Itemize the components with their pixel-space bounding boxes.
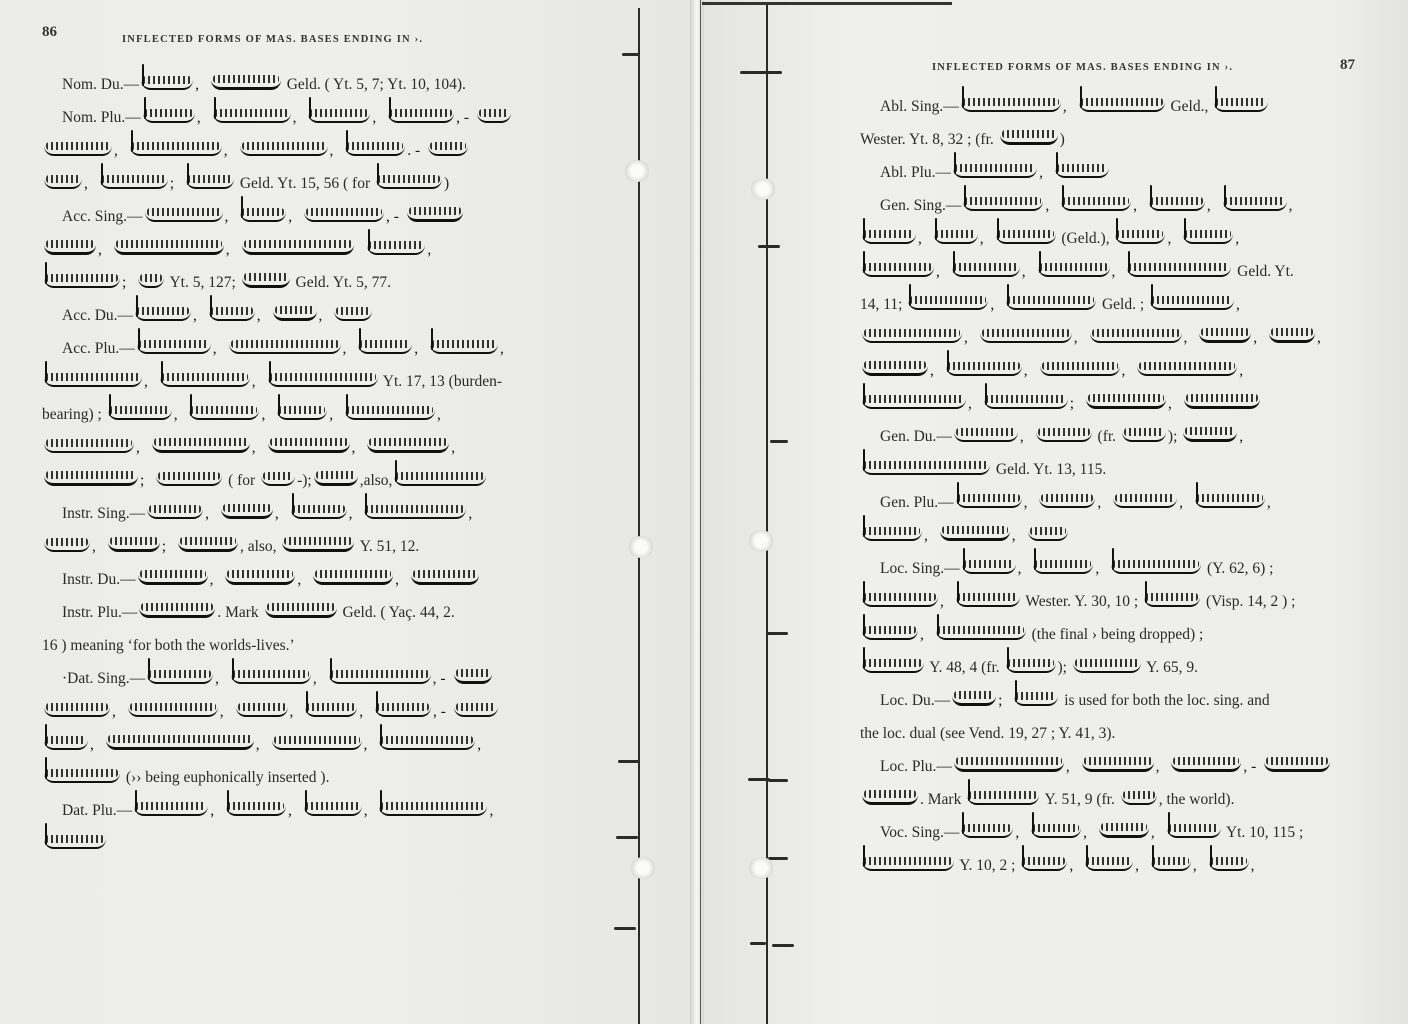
reference-text: ): [1060, 131, 1065, 148]
avestan-word: [209, 305, 255, 321]
binding-stitch: [766, 632, 788, 635]
avestan-word: [1033, 558, 1093, 574]
avestan-word: [268, 436, 350, 453]
text-line: , ; ,: [860, 387, 1380, 420]
avestan-word: [137, 338, 211, 354]
punctuation: ;: [170, 175, 178, 192]
reference-text: (Geld.),: [1058, 230, 1114, 247]
punctuation: ,: [1012, 527, 1020, 544]
reference-text: Geld. Yt. 5, 77.: [292, 274, 391, 291]
punctuation: ,: [1167, 230, 1175, 247]
reference-text: . Mark: [920, 791, 965, 808]
avestan-word: [44, 734, 88, 750]
punctuation: ,: [1317, 329, 1321, 346]
punctuation: ,: [210, 802, 218, 819]
punctuation: ,: [940, 593, 948, 610]
case-label: Acc. Sing.—: [62, 208, 143, 225]
avestan-word: [1149, 195, 1205, 211]
avestan-word: [156, 470, 222, 486]
reference-text: Yt. 5, 127;: [166, 274, 239, 291]
binding-knot: [624, 160, 650, 182]
punctuation: ,: [1020, 428, 1028, 445]
text-line: Y. 48, 4 (fr. ); Y. 65, 9.: [860, 651, 1380, 684]
avestan-word: [213, 107, 291, 123]
avestan-word: [44, 469, 138, 486]
text-line: 14, 11; , Geld. ; ,: [860, 288, 1380, 321]
avestan-word: [967, 789, 1039, 805]
reference-text: , also,: [240, 538, 280, 555]
reference-text: (Y. 62, 6) ;: [1203, 560, 1273, 577]
text-line: , , Yt. 17, 13 (burden-: [42, 365, 552, 398]
running-head: INFLECTED FORMS OF MAS. BASES ENDING IN …: [122, 34, 423, 45]
avestan-word: [242, 271, 290, 288]
page-body: Abl. Sing.—, Geld., Wester. Yt. 8, 32 ; …: [860, 90, 1380, 882]
text-line: Loc. Plu.—, , , -: [860, 750, 1380, 783]
punctuation: ,: [924, 527, 932, 544]
avestan-word: [1199, 326, 1251, 343]
avestan-word: [211, 73, 281, 90]
avestan-word: [240, 206, 286, 222]
avestan-word: [1183, 425, 1237, 442]
avestan-word: [908, 294, 988, 310]
text-line: Acc. Du.—, , ,: [42, 299, 552, 332]
punctuation: , -: [386, 208, 399, 225]
case-label: Voc. Sing.—: [880, 824, 959, 841]
reference-text: (fr.: [1094, 428, 1120, 445]
reference-text: Geld.,: [1167, 98, 1213, 115]
left-page: 86 INFLECTED FORMS OF MAS. BASES ENDING …: [0, 0, 690, 1024]
case-label: Instr. Sing.—: [62, 505, 145, 522]
case-label: Instr. Plu.—: [62, 604, 137, 621]
right-page: INFLECTED FORMS OF MAS. BASES ENDING IN …: [704, 0, 1408, 1024]
avestan-word: [454, 701, 498, 717]
avestan-word: [862, 525, 922, 541]
punctuation: ,: [290, 703, 298, 720]
avestan-word: [240, 140, 328, 156]
avestan-word: [379, 734, 475, 750]
avestan-word: [152, 436, 250, 453]
text-line: , , ,: [42, 233, 552, 266]
case-label: Gen. Plu.—: [880, 494, 954, 511]
punctuation: ,: [1135, 857, 1143, 874]
reference-text: 16 ) meaning ‘for both the worlds-lives.…: [42, 637, 295, 654]
punctuation: ,: [1193, 857, 1201, 874]
punctuation: ,: [112, 703, 120, 720]
avestan-word: [100, 173, 168, 189]
text-line: Loc. Du.—; is used for both the loc. sin…: [860, 684, 1380, 717]
page-number: 87: [1340, 57, 1355, 74]
text-line: ; Yt. 5, 127; Geld. Yt. 5, 77.: [42, 266, 552, 299]
case-label: Dat. Plu.—: [62, 802, 132, 819]
avestan-word: [313, 568, 393, 585]
reference-text: 14, 11;: [860, 296, 906, 313]
avestan-word: [44, 371, 142, 387]
punctuation: ,: [1083, 824, 1091, 841]
avestan-word: [375, 701, 431, 717]
punctuation: ,: [1184, 329, 1192, 346]
avestan-word: [411, 568, 479, 585]
avestan-word: [134, 800, 208, 816]
avestan-word: [1151, 855, 1191, 871]
reference-text: Geld. Yt.: [1233, 263, 1294, 280]
avestan-word: [961, 822, 1013, 838]
avestan-word: [1000, 128, 1058, 145]
text-line: Abl. Sing.—, Geld.,: [860, 90, 1380, 123]
case-label: Loc. Plu.—: [880, 758, 952, 775]
text-line: Loc. Sing.—, , (Y. 62, 6) ;: [860, 552, 1380, 585]
avestan-word: [231, 668, 311, 684]
punctuation: ,: [1022, 263, 1030, 280]
binding-stitch: [750, 942, 766, 945]
avestan-word: [1085, 855, 1133, 871]
avestan-word: [135, 305, 191, 321]
avestan-word: [862, 228, 916, 244]
avestan-word: [379, 800, 487, 816]
page-number: 86: [42, 24, 57, 41]
binding-stitch: [772, 944, 794, 947]
avestan-word: [314, 469, 358, 486]
punctuation: ,: [136, 439, 144, 456]
avestan-word: [1167, 822, 1221, 838]
punctuation: , -: [456, 109, 469, 126]
punctuation: ,: [1015, 824, 1023, 841]
binding-stitch: [616, 836, 638, 839]
avestan-word: [141, 74, 193, 90]
avestan-word: [277, 404, 327, 420]
punctuation: ,: [1267, 494, 1271, 511]
case-label: Loc. Du.—: [880, 692, 950, 709]
avestan-word: [934, 228, 978, 244]
case-label: Abl. Sing.—: [880, 98, 959, 115]
avestan-word: [862, 261, 934, 277]
punctuation: ;: [998, 692, 1006, 709]
punctuation: ,: [1207, 197, 1215, 214]
reference-text: (›› being euphonically inserted ).: [122, 769, 329, 786]
case-label: ·Dat. Sing.—: [62, 670, 145, 687]
avestan-word: [108, 535, 160, 552]
punctuation: ,: [414, 340, 422, 357]
text-line: , , , , , -: [42, 695, 552, 728]
avestan-word: [454, 667, 492, 684]
text-line: , , , ,: [42, 431, 552, 464]
punctuation: ,: [220, 703, 228, 720]
reference-text: the loc. dual (see Vend. 19, 27 ; Y. 41,…: [860, 725, 1115, 742]
reference-text: Geld. Yt. 13, 115.: [992, 461, 1106, 478]
avestan-word: [1021, 855, 1067, 871]
text-line: Voc. Sing.—, , , Yt. 10, 115 ;: [860, 816, 1380, 849]
punctuation: ,: [174, 406, 182, 423]
text-line: 16 ) meaning ‘for both the worlds-lives.…: [42, 629, 552, 662]
text-line: Nom. Du.—, Geld. ( Yt. 5, 7; Yt. 10, 104…: [42, 68, 552, 101]
text-line: Instr. Du.—, , ,: [42, 563, 552, 596]
avestan-word: [1073, 657, 1141, 673]
punctuation: ,: [224, 142, 232, 159]
punctuation: ,: [1112, 263, 1120, 280]
punctuation: [356, 241, 360, 258]
avestan-word: [367, 239, 425, 255]
reference-text: Y. 65, 9.: [1143, 659, 1198, 676]
punctuation: ,: [477, 736, 481, 753]
avestan-word: [44, 272, 120, 288]
text-line: ·Dat. Sing.—, , , -: [42, 662, 552, 695]
avestan-word: [1171, 755, 1241, 772]
avestan-word: [940, 524, 1010, 541]
punctuation: ,: [1045, 197, 1053, 214]
reference-text: (Visp. 14, 2 ) ;: [1202, 593, 1295, 610]
punctuation: ,: [1024, 362, 1032, 379]
binding-stitch: [748, 778, 770, 781]
punctuation: ,: [427, 241, 431, 258]
case-label: Acc. Plu.—: [62, 340, 135, 357]
text-line: Acc. Sing.—, , , -: [42, 200, 552, 233]
binding-stitch: [770, 440, 788, 443]
punctuation: ,: [92, 538, 100, 555]
binding-stitch: [618, 760, 640, 763]
text-line: , ,: [860, 519, 1380, 552]
punctuation: ,: [1066, 758, 1074, 775]
avestan-word: [1264, 755, 1330, 772]
avestan-word: [44, 767, 120, 783]
avestan-word: [1144, 591, 1200, 607]
punctuation: ,: [936, 263, 944, 280]
avestan-word: [862, 855, 954, 871]
punctuation: ,: [297, 571, 305, 588]
punctuation: ,: [288, 208, 296, 225]
punctuation: ,: [329, 406, 337, 423]
case-label: Gen. Du.—: [880, 428, 952, 445]
punctuation: ,: [364, 736, 372, 753]
avestan-word: [160, 371, 250, 387]
avestan-word: [145, 206, 223, 222]
reference-text: is used for both the loc. sing. and: [1060, 692, 1269, 709]
avestan-word: [236, 701, 288, 717]
avestan-word: [1150, 294, 1234, 310]
avestan-word: [862, 788, 918, 805]
text-line: , (the final › being dropped) ;: [860, 618, 1380, 651]
avestan-word: [1039, 492, 1095, 508]
reference-text: Geld. Yt. 15, 56 ( for: [236, 175, 374, 192]
reference-text: Geld. ( Yt. 5, 7; Yt. 10, 104).: [283, 76, 466, 93]
binding-stitch: [768, 857, 788, 860]
text-line: Wester. Yt. 8, 32 ; (fr. ): [860, 123, 1380, 156]
avestan-word: [128, 701, 218, 717]
avestan-word: [1038, 261, 1110, 277]
avestan-word: [984, 393, 1068, 409]
reference-text: Geld. ;: [1098, 296, 1148, 313]
binding-stitch: [622, 53, 640, 56]
reference-text: , the world).: [1159, 791, 1235, 808]
binding-knot: [748, 857, 774, 879]
avestan-word: [345, 404, 435, 420]
avestan-word: [242, 238, 354, 255]
avestan-word: [862, 359, 928, 376]
punctuation: ,: [252, 439, 260, 456]
punctuation: ,: [215, 670, 223, 687]
avestan-word: [1028, 525, 1068, 541]
avestan-word: [304, 206, 384, 222]
text-line: ; ( for -);,also,: [42, 464, 552, 497]
avestan-word: [1006, 294, 1096, 310]
avestan-word: [106, 733, 254, 750]
avestan-word: [1127, 261, 1231, 277]
punctuation: ,: [1253, 329, 1261, 346]
text-line: Acc. Plu.—, , , ,: [42, 332, 552, 365]
punctuation: ,: [1095, 560, 1103, 577]
avestan-word: [952, 689, 996, 706]
punctuation: ,: [313, 670, 321, 687]
binding-stitch: [614, 927, 636, 930]
case-label: Gen. Sing.—: [880, 197, 961, 214]
text-line: Geld. Yt. 13, 115.: [860, 453, 1380, 486]
avestan-word: [345, 140, 405, 156]
punctuation: ,: [213, 340, 221, 357]
avestan-word: [1061, 195, 1131, 211]
avestan-word: [1040, 360, 1120, 376]
avestan-word: [1209, 855, 1249, 871]
avestan-word: [1184, 392, 1260, 409]
avestan-word: [364, 503, 466, 519]
punctuation: ,: [257, 307, 265, 324]
reference-text: Y. 51, 12.: [356, 538, 419, 555]
text-line: , , , Geld. Yt.: [860, 255, 1380, 288]
avestan-word: [1036, 426, 1092, 442]
punctuation: ,: [1236, 296, 1240, 313]
avestan-word: [394, 470, 486, 486]
reference-text: Y. 48, 4 (fr.: [926, 659, 1004, 676]
punctuation: ,: [293, 109, 301, 126]
avestan-word: [956, 492, 1022, 508]
avestan-word: [139, 601, 215, 618]
punctuation: ,: [1156, 758, 1164, 775]
punctuation: ,: [364, 802, 372, 819]
punctuation: ,: [1063, 98, 1071, 115]
binding-knot: [628, 536, 654, 558]
avestan-word: [996, 228, 1056, 244]
avestan-word: [130, 140, 222, 156]
avestan-word: [953, 162, 1037, 178]
avestan-word: [388, 107, 454, 123]
avestan-word: [367, 436, 449, 453]
punctuation: ,: [197, 109, 205, 126]
avestan-word: [329, 668, 431, 684]
text-line: Y. 10, 2 ; , , , ,: [860, 849, 1380, 882]
avestan-word: [178, 535, 238, 552]
punctuation: ,: [1018, 560, 1026, 577]
avestan-word: [189, 404, 259, 420]
avestan-word: [1111, 558, 1201, 574]
punctuation: ,: [990, 296, 998, 313]
punctuation: ,: [1074, 329, 1082, 346]
reference-text: (the final › being dropped) ;: [1028, 626, 1204, 643]
avestan-word: [956, 591, 1020, 607]
avestan-word: [114, 238, 224, 255]
punctuation: ,: [437, 406, 441, 423]
avestan-word: [261, 470, 295, 486]
avestan-word: [44, 437, 134, 453]
avestan-word: [862, 657, 924, 673]
text-line: Nom. Plu.—, , , , -: [42, 101, 552, 134]
avestan-word: [1269, 326, 1315, 343]
avestan-word: [291, 503, 347, 519]
binding-knot: [750, 178, 776, 200]
avestan-word: [1079, 96, 1165, 112]
punctuation: ,: [205, 505, 213, 522]
avestan-word: [1122, 426, 1166, 442]
punctuation: ,: [500, 340, 504, 357]
avestan-word: [1113, 492, 1177, 508]
case-label: Abl. Plu.—: [880, 164, 951, 181]
punctuation: ,: [114, 142, 122, 159]
text-line: Instr. Plu.—. Mark Geld. ( Yaç. 44, 2.: [42, 596, 552, 629]
avestan-word: [44, 536, 90, 552]
avestan-word: [428, 140, 468, 156]
binding-knot: [748, 530, 774, 552]
punctuation: ,: [349, 505, 357, 522]
avestan-word: [273, 304, 317, 321]
avestan-word: [44, 173, 82, 189]
punctuation: ,: [330, 142, 338, 159]
avestan-word: [44, 140, 112, 156]
reference-text: ,also,: [360, 472, 393, 489]
reference-text: Yt. 10, 115 ;: [1223, 824, 1304, 841]
punctuation: ,: [1289, 197, 1293, 214]
avestan-word: [308, 107, 370, 123]
reference-text: Y. 10, 2 ;: [956, 857, 1019, 874]
avestan-word: [1137, 360, 1237, 376]
punctuation: ,: [1251, 857, 1255, 874]
punctuation: ,: [1039, 164, 1047, 181]
punctuation: ,: [319, 307, 327, 324]
punctuation: ;: [1070, 395, 1078, 412]
avestan-word: [862, 327, 962, 343]
reference-text: ): [444, 175, 449, 192]
avestan-word: [1090, 327, 1182, 343]
punctuation: . -: [407, 142, 420, 159]
avestan-word: [430, 338, 498, 354]
text-line: , , , . -: [42, 134, 552, 167]
punctuation: , -: [1243, 758, 1256, 775]
running-head: INFLECTED FORMS OF MAS. BASES ENDING IN …: [932, 62, 1233, 73]
avestan-word: [1014, 690, 1058, 706]
case-label: Loc. Sing.—: [880, 560, 960, 577]
reference-text: Wester. Y. 30, 10 ;: [1022, 593, 1142, 610]
avestan-word: [1055, 162, 1109, 178]
avestan-word: [477, 107, 511, 123]
page-edge: [702, 2, 952, 5]
reference-text: Wester. Yt. 8, 32 ; (fr.: [860, 131, 998, 148]
avestan-word: [272, 734, 362, 750]
reference-text: bearing) ;: [42, 406, 106, 423]
punctuation: ,: [1179, 494, 1187, 511]
punctuation: ,: [359, 703, 367, 720]
binding-knot: [630, 857, 656, 879]
punctuation: ,: [980, 230, 988, 247]
avestan-word: [225, 568, 295, 585]
avestan-word: [936, 624, 1026, 640]
reference-text: );: [1168, 428, 1181, 445]
avestan-word: [334, 305, 372, 321]
book-spread: 86 INFLECTED FORMS OF MAS. BASES ENDING …: [0, 0, 1408, 1024]
avestan-word: [138, 272, 164, 288]
punctuation: ,: [98, 241, 106, 258]
reference-text: Geld. ( Yaç. 44, 2.: [339, 604, 455, 621]
avestan-word: [229, 338, 341, 354]
punctuation: ,: [1097, 494, 1105, 511]
punctuation: ,: [372, 109, 380, 126]
case-label: Instr. Du.—: [62, 571, 136, 588]
punctuation: ,: [90, 736, 98, 753]
punctuation: ,: [1069, 857, 1077, 874]
